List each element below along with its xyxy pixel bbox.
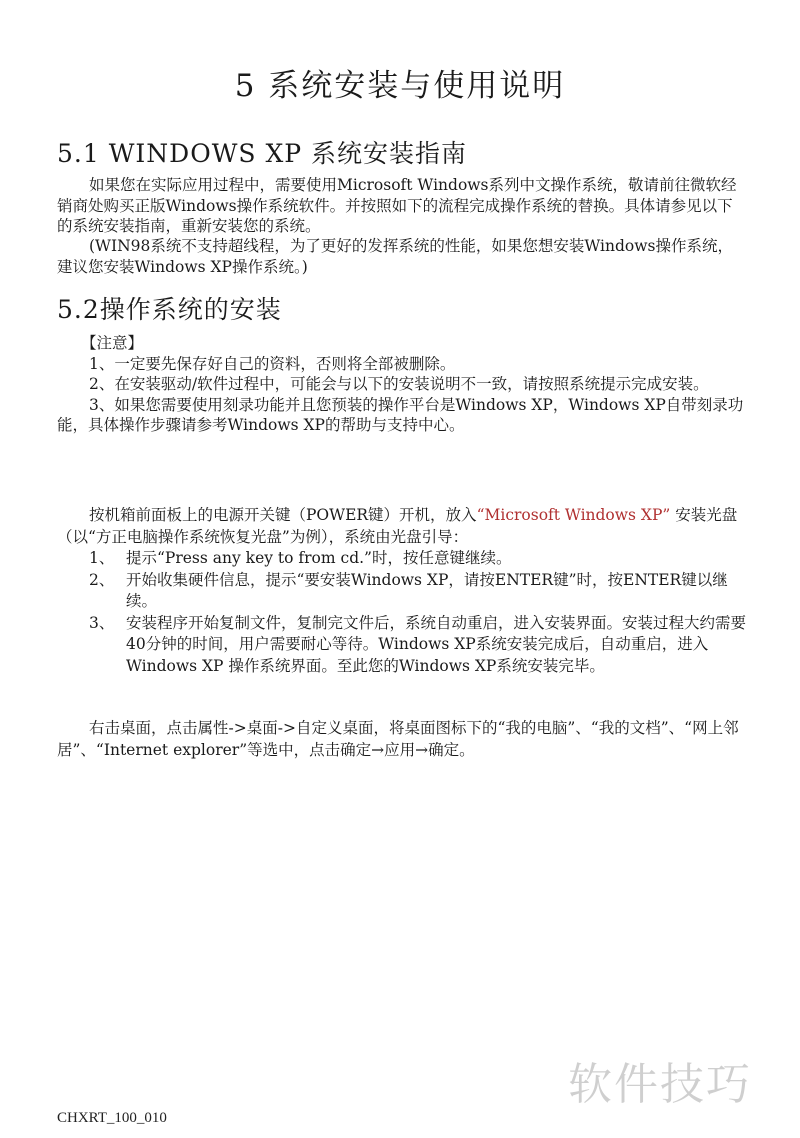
- notice-item-2: 2、在安装驱动/软件过程中，可能会与以下的安装说明不一致，请按照系统提示完成安装…: [57, 374, 747, 395]
- notice-block: 【注意】 1、一定要先保存好自己的资料，否则将全部被删除。 2、在安装驱动/软件…: [57, 333, 747, 436]
- install-step: 3、 安装程序开始复制文件，复制完文件后，系统自动重启，进入安装界面。安装过程大…: [57, 613, 747, 678]
- step-text: 提示“Press any key to from cd.”时，按任意键继续。: [126, 549, 511, 567]
- desktop-instructions: 右击桌面，点击属性->桌面->自定义桌面，将桌面图标下的“我的电脑”、“我的文档…: [57, 718, 747, 761]
- boot-intro-paragraph: 按机箱前面板上的电源开关键（POWER键）开机，放入“Microsoft Win…: [57, 505, 747, 548]
- notice-label: 【注意】: [57, 333, 747, 354]
- watermark: 软件技巧: [568, 1048, 752, 1112]
- notice-item-3: 3、如果您需要使用刻录功能并且您预装的操作平台是Windows XP，Windo…: [57, 395, 747, 436]
- step-text: 开始收集硬件信息，提示“要安装Windows XP，请按ENTER键”时，按EN…: [126, 571, 728, 611]
- install-disc-name: “Microsoft Windows XP”: [477, 506, 671, 524]
- install-step: 1、 提示“Press any key to from cd.”时，按任意键继续…: [57, 548, 747, 570]
- notice-item-1: 1、一定要先保存好自己的资料，否则将全部被删除。: [57, 354, 747, 375]
- boot-intro-text: 按机箱前面板上的电源开关键（POWER键）开机，放入: [89, 506, 477, 524]
- step-number: 1、: [89, 548, 114, 570]
- step-number: 2、: [89, 570, 114, 592]
- step-text: 安装程序开始复制文件，复制完文件后，系统自动重启，进入安装界面。安装过程大约需要…: [126, 614, 746, 675]
- section-heading-5-2: 5.2操作系统的安装: [57, 290, 282, 326]
- boot-instructions: 按机箱前面板上的电源开关键（POWER键）开机，放入“Microsoft Win…: [57, 505, 747, 677]
- intro-paragraph: 如果您在实际应用过程中，需要使用Microsoft Windows系列中文操作系…: [57, 175, 747, 237]
- install-steps-list: 1、 提示“Press any key to from cd.”时，按任意键继续…: [57, 548, 747, 677]
- section-heading-5-1: 5.1 WINDOWS XP 系统安装指南: [57, 134, 467, 170]
- win98-note-paragraph: (WIN98系统不支持超线程，为了更好的发挥系统的性能，如果您想安装Window…: [57, 236, 747, 277]
- install-step: 2、 开始收集硬件信息，提示“要安装Windows XP，请按ENTER键”时，…: [57, 570, 747, 613]
- footer-document-code: CHXRT_100_010: [57, 1110, 167, 1127]
- page-title: 5 系统安装与使用说明: [0, 60, 800, 105]
- step-number: 3、: [89, 613, 114, 635]
